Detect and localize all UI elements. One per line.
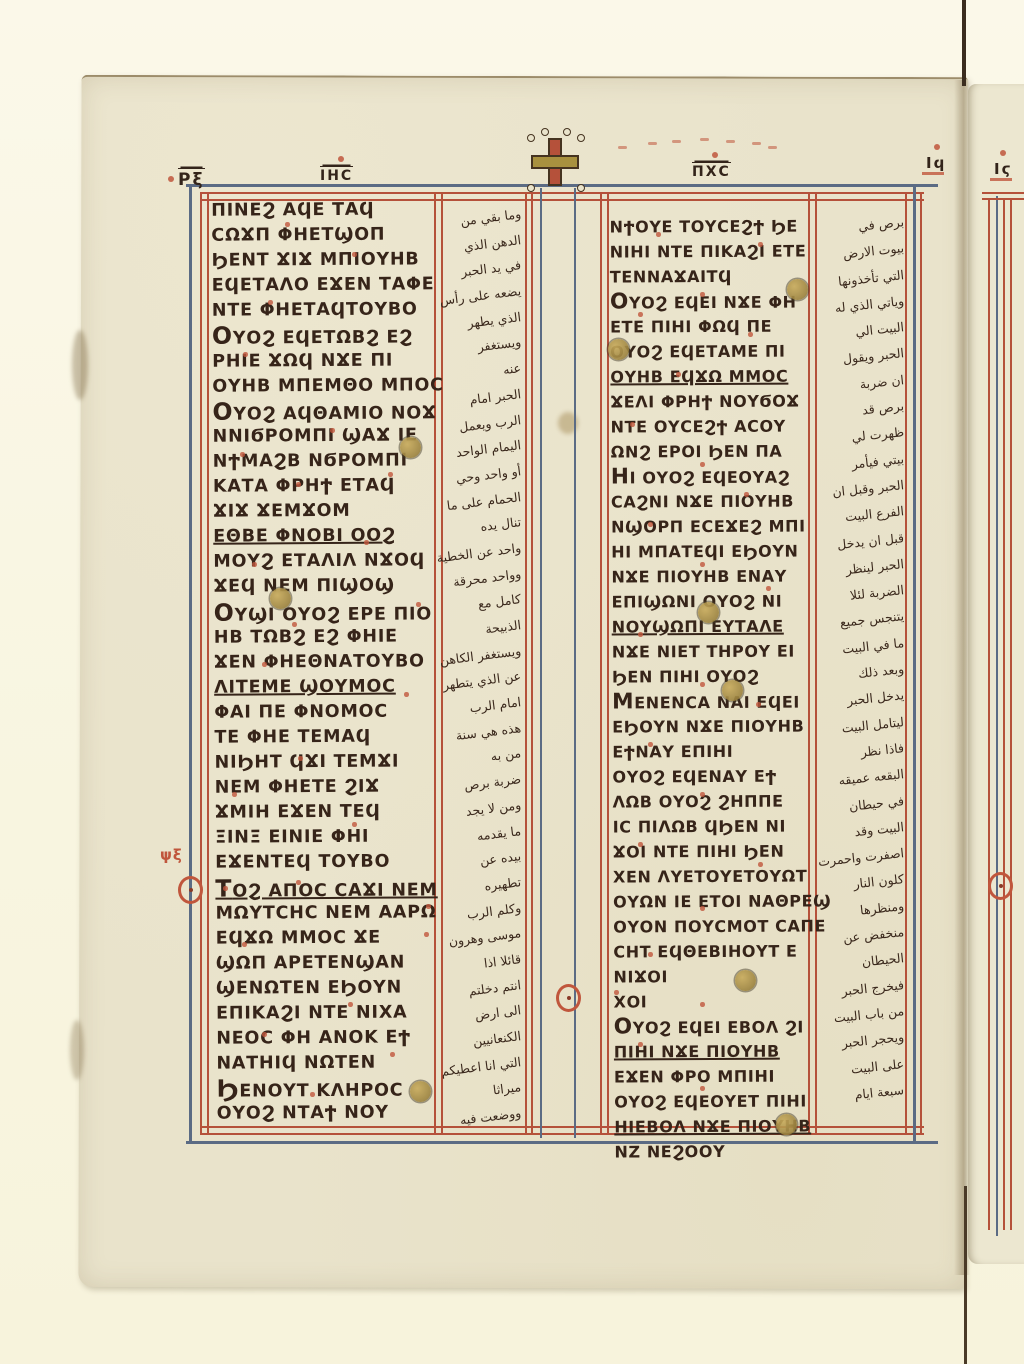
- text-line: ϪΕΝ ΦΗΕΘΝΑΤΟΥΒΟ: [214, 649, 440, 675]
- red-accent-dot: [748, 332, 753, 337]
- text-line: ΛΙΤΕΜΕ ϢΟΥΜΟϹ: [214, 674, 440, 700]
- text-line: ΠΙΝΕϨ ΑϤΕ ΤΑϤ: [211, 197, 437, 223]
- red-underbar: [990, 178, 1012, 181]
- text-line: ΤΕ ΦΗΕ ΤΕΜΑϤ: [214, 724, 440, 750]
- red-accent-dot: [352, 252, 357, 257]
- red-accent-dot: [700, 1086, 705, 1091]
- red-accent-dot: [388, 472, 393, 477]
- ruling-line: [189, 184, 192, 1144]
- red-accent-dot: [252, 562, 257, 567]
- ruling-line: [920, 192, 922, 1135]
- red-accent-dot: [364, 540, 369, 545]
- red-accent-dot: [712, 152, 718, 158]
- red-accent-dot: [648, 952, 653, 957]
- text-line: ΕΤΕ ΠΙΗΙ ΦΩϤ ΠΕ: [610, 313, 808, 339]
- text-line: ΦΑΙ ΠΕ ΦΝΟΜΟϹ: [214, 699, 440, 725]
- text-line: ΟΥΟϨ ΕϤΕΟΥΕΤ ΠΙΗΙ: [614, 1088, 812, 1114]
- text-line: ΝΤΕ ΦΗΕΤΑϤΤΟΥΒΟ: [212, 298, 438, 324]
- cross-corner-ring: [541, 128, 549, 136]
- gilt-disc-ornament: [722, 680, 743, 701]
- next-page-sliver: [968, 84, 1024, 1264]
- red-scribble-mark: [768, 146, 777, 149]
- text-line: ΟΥΟϨ ΕϤΕΤΩΒϨ ΕϨ: [212, 323, 438, 349]
- text-line: ΟΥΗΒ ΕϤϪΩ ΜΜΟϹ: [610, 363, 808, 389]
- red-accent-dot: [638, 312, 643, 317]
- text-line: ΝΙΗΙ ΝΤΕ ΠΙΚΑϨΙ ΕΤΕ: [610, 238, 808, 264]
- headpiece-cross-icon: [527, 134, 585, 192]
- text-line: ΕϤϪΩ ΜΜΟϹ ϪΕ: [216, 925, 442, 951]
- binding-edge: [962, 0, 966, 86]
- arabic-gloss-column-left: وما بقي منالدهن الذيفي يد الحبريضعه على …: [447, 202, 521, 1127]
- text-line: ΝΕΜ ΦΗΕΤΕ ϨΙϪ: [215, 774, 441, 800]
- red-accent-dot: [1000, 150, 1006, 156]
- gilt-disc-ornament: [608, 339, 629, 360]
- red-scribble-mark: [752, 142, 761, 145]
- red-accent-dot: [638, 632, 643, 637]
- text-line: ϦΕΝ ΠΙΗΙ ΟΥΟϨ: [612, 663, 810, 689]
- text-line: ϪΕϤ ΝΕΜ ΠΙϢΟϢ: [213, 574, 439, 600]
- ruling-line: [1003, 200, 1005, 1230]
- text-line: ΙϹ ΠΙΛΩΒ ϤϦΕΝ ΝΙ: [613, 813, 811, 839]
- ruling-line: [1010, 200, 1012, 1230]
- ruling-line: [913, 184, 916, 1144]
- text-line: ϪΙϪ ϪΕΜϪΟΜ: [213, 498, 439, 524]
- red-accent-dot: [223, 886, 228, 891]
- text-line: ΟΥΟϨ ΕϤΕΝΑΥ ΕϮ: [612, 763, 810, 789]
- cross-corner-ring: [577, 134, 585, 142]
- red-accent-dot: [648, 742, 653, 747]
- text-line: ΝϢΟΡΠ ΕϹΕϪΕϨ ΜΠΙ: [611, 513, 809, 539]
- text-line: ΧΕΝ ΛΥΕΤΟΥΕΤΟΥΩΤ: [613, 863, 811, 889]
- binding-edge: [964, 1186, 967, 1364]
- text-line: ΛΩΒ ΟΥΟϨ ϨΗΠΠΕ: [613, 788, 811, 814]
- red-accent-dot: [262, 662, 267, 667]
- red-accent-dot: [232, 792, 237, 797]
- manuscript-photo: Ρξ ΙΗϹ ΠΧϹ Ιϥ Ιϛ ψξ ΠΙΝΕϨ ΑϤΕ ΤΑϤϹΩϪΠ ΦΗ…: [0, 0, 1024, 1364]
- red-accent-dot: [676, 372, 681, 377]
- red-underbar: [922, 172, 944, 175]
- text-line: ΝϪΕ ΝΙΕΤ ΤΗΡΟΥ ΕΙ: [612, 638, 810, 664]
- red-accent-dot: [656, 232, 661, 237]
- coptic-column-right: ΝϮΟΥΕ ΤΟΥϹΕϨϮ ϦΕΝΙΗΙ ΝΤΕ ΠΙΚΑϨΙ ΕΤΕΤΕΝΝΑ…: [610, 213, 813, 1164]
- text-line: ΝϮΟΥΕ ΤΟΥϹΕϨϮ ϦΕ: [610, 213, 808, 239]
- red-accent-dot: [416, 602, 421, 607]
- red-ring-ornament: [178, 876, 203, 904]
- text-line: ΕϪΕΝΤΕϤ ΤΟΥΒΟ: [215, 850, 441, 876]
- cross-corner-ring: [527, 134, 535, 142]
- gilt-disc-ornament: [410, 1081, 431, 1102]
- gilt-disc-ornament: [787, 279, 808, 300]
- text-line: ΟΥΟϨ ΕϤΕΙ ΝϪΕ ΦΗ: [610, 288, 808, 314]
- ruling-line: [905, 192, 907, 1135]
- red-accent-dot: [424, 932, 429, 937]
- text-line: ϢΕΝΩΤΕΝ ΕϦΟΥΝ: [216, 975, 442, 1001]
- text-line: ΗΙ ΟΥΟϨ ΕϤΕΟΥΑϨ: [611, 463, 809, 489]
- ruling-line: [200, 192, 202, 1135]
- gilt-disc-ornament: [270, 588, 291, 609]
- margin-section-mark: ψξ: [160, 846, 183, 864]
- text-line: ΝΑΤΗΙϤ ΝΩΤΕΝ: [216, 1050, 442, 1076]
- text-line: ΗΒ ΤΩΒϨ ΕϨ ΦΗΙΕ: [214, 624, 440, 650]
- text-line: ΤΟϨ ΑΠΟϹ ϹΑϪΙ ΝΕΜ: [215, 875, 441, 901]
- text-line: ΝΤΕ ΟΥϹΕϨϮ ΑϹΟΥ: [611, 413, 809, 439]
- red-accent-dot: [638, 842, 643, 847]
- text-line: ϪΟΙ ΝΤΕ ΠΙΗΙ ϦΕΝ: [613, 838, 811, 864]
- red-accent-dot: [766, 586, 771, 591]
- red-accent-dot: [934, 144, 940, 150]
- text-line: ϦΕΝΟΥΤ ΚΛΗΡΟϹ: [217, 1076, 443, 1102]
- ruling-line: [982, 192, 1024, 194]
- gilt-disc-ornament: [400, 437, 421, 458]
- text-line: ΟΥΗΒ ΜΠΕΜΘΟ ΜΠΟϹ: [212, 373, 438, 399]
- red-accent-dot: [348, 1002, 353, 1007]
- text-line: ΤΕΝΝΑϪΑΙΤϤ: [610, 263, 808, 289]
- text-line: ϪΕΛΙ ΦΡΗϮ ΝΟΥϬΟϪ: [610, 388, 808, 414]
- text-line: ΕΘΒΕ ΦΝΟΒΙ ΟΟϨ: [213, 524, 439, 550]
- text-line: ϢΩΠ ΑΡΕΤΕΝϢΑΝ: [216, 950, 442, 976]
- quire-mark: Ιϥ: [926, 154, 946, 172]
- folio-number: Ρξ: [178, 168, 205, 190]
- red-accent-dot: [390, 1052, 395, 1057]
- page-stain: [70, 1020, 84, 1080]
- ruling-line: [996, 196, 998, 1236]
- red-accent-dot: [310, 1092, 315, 1097]
- red-accent-dot: [330, 428, 335, 433]
- ruling-line: [988, 200, 990, 1230]
- text-line: ϦΕΝΤ ϪΙϪ ΜΠΙΟΥΗΒ: [211, 248, 437, 274]
- red-accent-dot: [700, 562, 705, 567]
- cross-corner-ring: [527, 184, 535, 192]
- text-line: ΕϮΝΑΥ ΕΠΙΗΙ: [612, 738, 810, 764]
- text-line: ΗΙ ΜΠΑΤΕϤΙ ΕϦΟΥΝ: [611, 538, 809, 564]
- header-nomen-ihs: ΙΗϹ: [320, 166, 353, 184]
- red-accent-dot: [262, 1032, 267, 1037]
- red-accent-dot: [298, 756, 303, 761]
- red-ring-ornament: [988, 872, 1013, 900]
- page-stain: [72, 330, 88, 400]
- red-accent-dot: [404, 692, 409, 697]
- text-line: ΞΙΝΞ ΕΙΝΙΕ ΦΗΙ: [215, 825, 441, 851]
- text-line: ΠΙΗΙ ΝϪΕ ΠΙΟΥΗΒ: [614, 1038, 812, 1064]
- text-line: ΝΙϦΗΤ ϤϪΙ ΤΕΜϪΙ: [215, 749, 441, 775]
- ruling-line: [607, 192, 609, 1135]
- text-line: ΝϪΕ ΠΙΟΥΗΒ ΕΝΑΥ: [611, 563, 809, 589]
- red-accent-dot: [243, 352, 248, 357]
- red-accent-dot: [242, 942, 247, 947]
- header-nomen-pxc: ΠΧϹ: [692, 162, 731, 180]
- red-accent-dot: [296, 482, 301, 487]
- red-accent-dot: [168, 176, 174, 182]
- red-accent-dot: [352, 822, 357, 827]
- next-page-quire-mark: Ιϛ: [994, 160, 1012, 178]
- red-scribble-mark: [726, 140, 735, 143]
- text-line: ΕϤΕΤΑΛΟ ΕϪΕΝ ΤΑΦΕ: [212, 273, 438, 299]
- red-accent-dot: [648, 522, 653, 527]
- ruling-line: [207, 192, 209, 1135]
- gilt-disc-ornament: [698, 602, 719, 623]
- text-line: ΝΕΟϹ ΦΗ ΑΝΟΚ ΕϮ: [216, 1025, 442, 1051]
- ruling-line: [540, 188, 542, 1138]
- text-line: ΚΑΤΑ ΦΡΗϮ ΕΤΑϤ: [213, 473, 439, 499]
- red-accent-dot: [338, 156, 344, 162]
- text-line: ΟΥΟϨ ΝΤΑϮ ΝΟΥ: [217, 1101, 443, 1127]
- text-line: ΜΕΝΕΝϹΑ ΝΑΙ ΕϤΕΙ: [612, 688, 810, 714]
- red-accent-dot: [285, 222, 290, 227]
- red-scribble-mark: [672, 140, 681, 143]
- red-scribble-mark: [648, 142, 657, 145]
- ruling-line: [186, 1141, 938, 1144]
- text-line: ΟΥΟΝ ΠΟΥϹΜΟΤ ϹΑΠΕ: [613, 913, 811, 939]
- text-line: ϹΩϪΠ ΦΗΕΤϢΟΠ: [211, 222, 437, 248]
- text-line: ΕϪΕΝ ΦΡΟ ΜΠΙΗΙ: [614, 1063, 812, 1089]
- red-accent-dot: [758, 862, 763, 867]
- red-accent-dot: [756, 702, 761, 707]
- red-accent-dot: [614, 990, 619, 995]
- red-accent-dot: [292, 622, 297, 627]
- text-line: ΜΟΥϨ ΕΤΑΛΙΛ ΝϪΟϤ: [213, 549, 439, 575]
- red-accent-dot: [700, 682, 705, 687]
- red-scribble-mark: [700, 138, 709, 141]
- cross-horizontal-arm: [531, 155, 579, 169]
- text-line: ϪΜΙΗ ΕϪΕΝ ΤΕϤ: [215, 800, 441, 826]
- text-line: ΕΠΙΚΑϨΙ ΝΤΕ ΝΙΧΑ: [216, 1000, 442, 1026]
- ruling-line: [531, 192, 533, 1135]
- red-accent-dot: [700, 462, 705, 467]
- ruling-line: [525, 192, 527, 1135]
- arabic-gloss-column-right: برص فيبيوت الارضالتي تأخذونهاوياتي الذي …: [818, 210, 904, 1104]
- red-accent-dot: [700, 292, 705, 297]
- red-accent-dot: [700, 1002, 705, 1007]
- text-line: ΟΥΟϨ ΕϤΕΤΑΜΕ ΠΙ: [610, 338, 808, 364]
- red-accent-dot: [638, 1042, 643, 1047]
- gilt-disc-ornament: [735, 970, 756, 991]
- coptic-column-left: ΠΙΝΕϨ ΑϤΕ ΤΑϤϹΩϪΠ ΦΗΕΤϢΟΠϦΕΝΤ ϪΙϪ ΜΠΙΟΥΗ…: [211, 197, 443, 1127]
- red-accent-dot: [630, 422, 635, 427]
- red-scribble-mark: [618, 146, 627, 149]
- cross-corner-ring: [563, 128, 571, 136]
- red-accent-dot: [758, 242, 763, 247]
- ruling-line: [982, 198, 1024, 200]
- red-accent-dot: [268, 300, 273, 305]
- cross-corner-ring: [577, 184, 585, 192]
- text-line: ΝΙϪΟΙ: [613, 963, 811, 989]
- text-line: ΜΩΥΤϹΗϹ ΝΕΜ ΑΑΡΩ: [215, 900, 441, 926]
- text-line: ΕϦΟΥΝ ΝϪΕ ΠΙΟΥΗΒ: [612, 713, 810, 739]
- text-line: ΟΥΟϨ ΑϤΘΑΜΙΟ ΝΟϪ: [212, 398, 438, 424]
- red-accent-dot: [426, 904, 431, 909]
- text-line: ΧΟΙ: [614, 988, 812, 1014]
- red-accent-dot: [700, 906, 705, 911]
- red-accent-dot: [240, 452, 245, 457]
- ruling-line: [815, 192, 817, 1135]
- red-accent-dot: [744, 492, 749, 497]
- red-accent-dot: [700, 792, 705, 797]
- text-line: ΟΥΟϨ ΕϤΕΙ ΕΒΟΛ ϨΙ: [614, 1013, 812, 1039]
- text-line: ΟΥΩΝ ΙΕ ΕΤΟΙ ΝΑΘΡΕϢ: [613, 888, 811, 914]
- gilt-disc-ornament: [776, 1114, 797, 1135]
- red-accent-dot: [296, 880, 301, 885]
- text-line: ΝΖ ΝΕϨΟΟΥ: [614, 1138, 812, 1164]
- red-ring-ornament: [556, 984, 581, 1012]
- text-line: ϹΗΤ ΕϤΘΕΒΙΗΟΥΤ Ε: [613, 938, 811, 964]
- text-line: ΩΝϨ ΕΡΟΙ ϦΕΝ ΠΑ: [611, 438, 809, 464]
- text-line: ϹΑϨΝΙ ΝϪΕ ΠΙΟΥΗΒ: [611, 488, 809, 514]
- text-line: ΟΥϢΙ ΟΥΟϨ ΕΡΕ ΠΙΟ: [214, 599, 440, 625]
- ruling-line: [600, 192, 602, 1135]
